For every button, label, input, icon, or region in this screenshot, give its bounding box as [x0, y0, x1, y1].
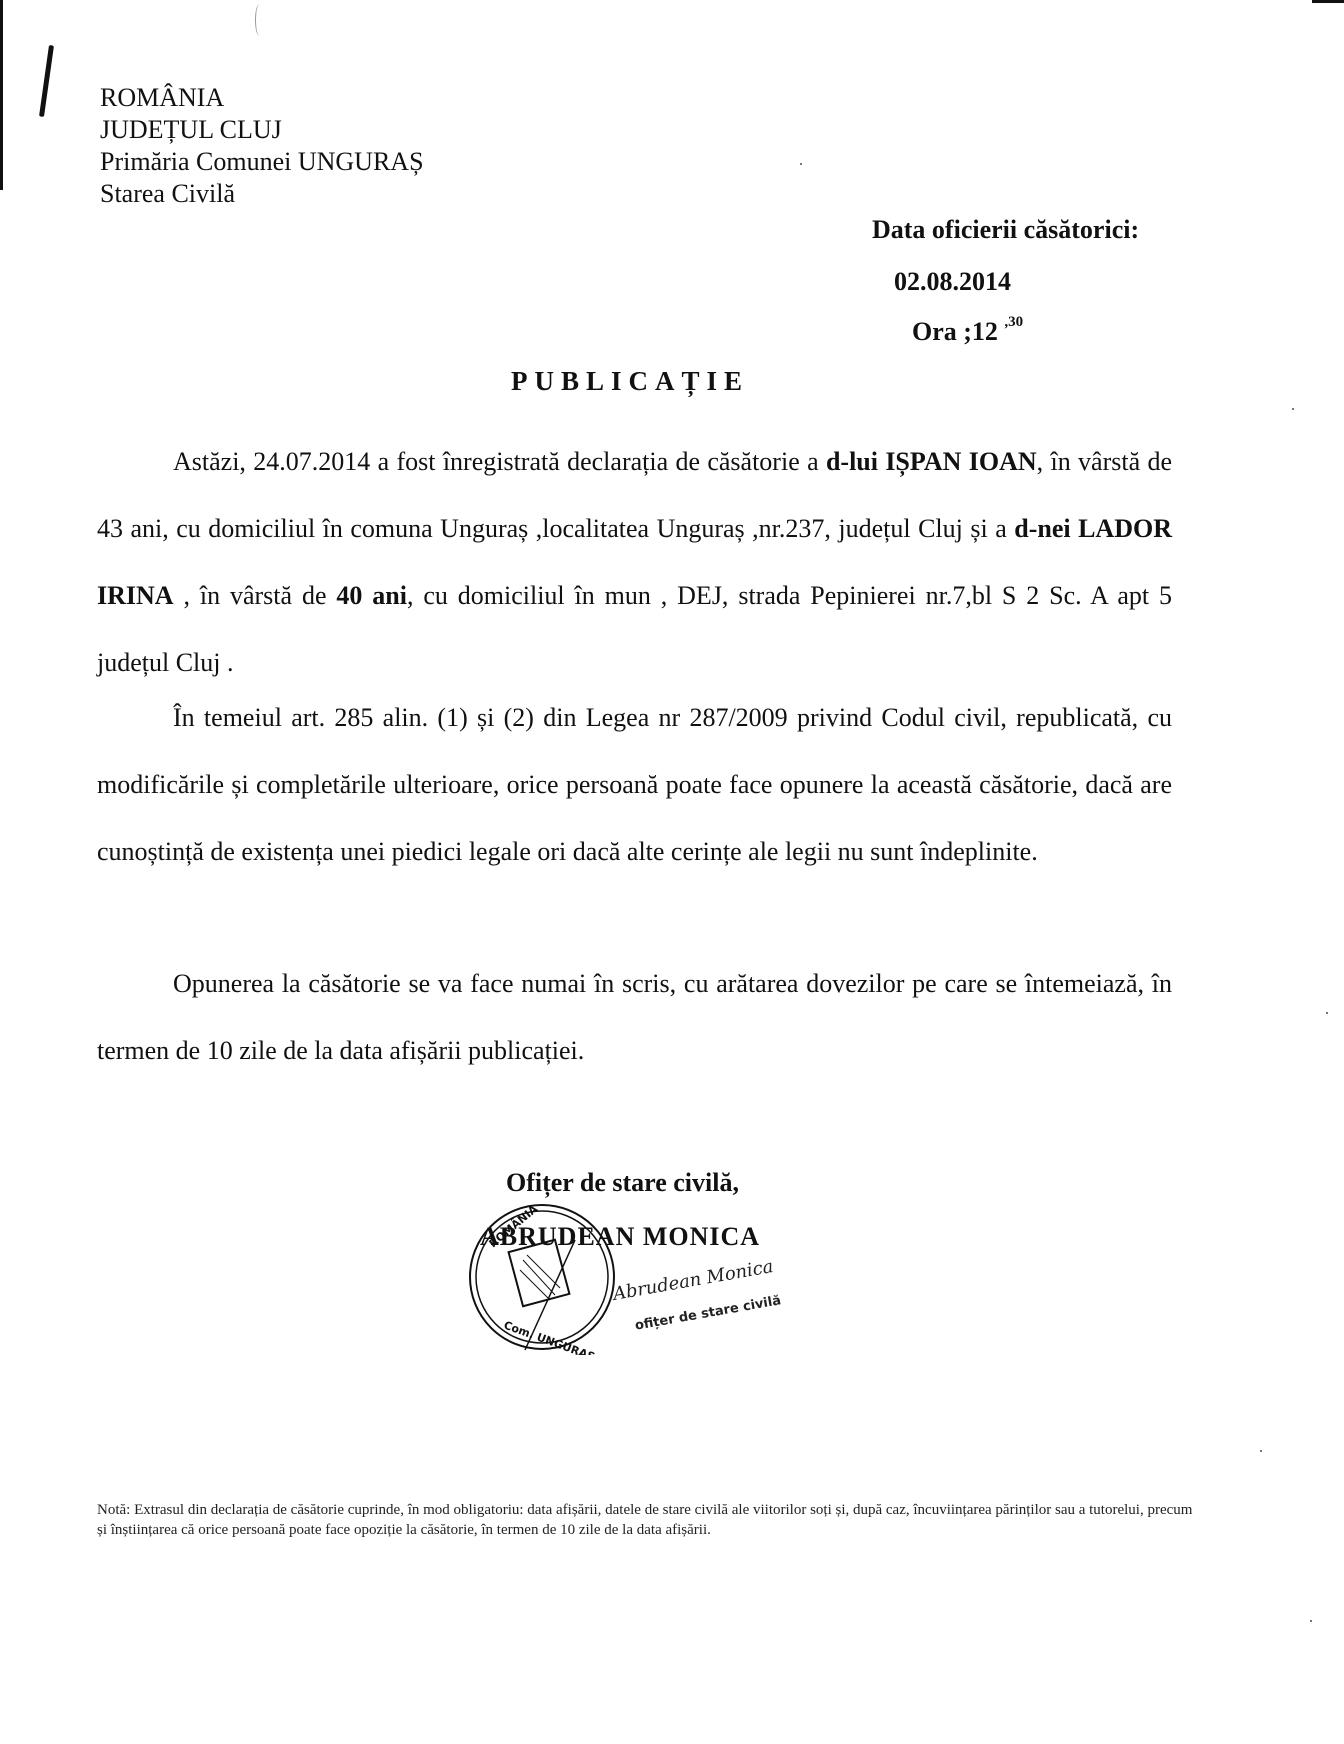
- scan-speck: [800, 163, 802, 165]
- objection-paragraph: Opunerea la căsătorie se va face numai î…: [97, 950, 1172, 1084]
- header-department: Starea Civilă: [100, 178, 424, 210]
- scan-edge-top-right: [1312, 0, 1344, 3]
- wedding-time: Ora ;12 ,30: [912, 317, 1023, 347]
- scan-speck: [1326, 1012, 1328, 1014]
- objection-text: Opunerea la căsătorie se va face numai î…: [97, 950, 1172, 1084]
- official-stamp-icon: ROMÂNIA Com. UNGURAȘ: [465, 1200, 620, 1355]
- header-county: JUDEȚUL CLUJ: [100, 114, 424, 146]
- legal-basis-paragraph: În temeiul art. 285 alin. (1) și (2) din…: [97, 684, 1172, 885]
- scan-edge-left: [0, 0, 3, 190]
- wedding-date-block: Data oficierii căsătorici: 02.08.2014 Or…: [872, 215, 1139, 245]
- wedding-time-minutes: ,30: [1004, 314, 1023, 330]
- wedding-date-label: Data oficierii căsătorici:: [872, 215, 1139, 245]
- issuer-header: ROMÂNIA JUDEȚUL CLUJ Primăria Comunei UN…: [100, 82, 424, 210]
- legal-basis-text: În temeiul art. 285 alin. (1) și (2) din…: [97, 684, 1172, 885]
- officer-role: Ofițer de stare civilă,: [506, 1168, 739, 1198]
- wedding-time-hour: Ora ;12: [912, 317, 1004, 346]
- wedding-date: 02.08.2014: [894, 267, 1011, 297]
- document-title: PUBLICAȚIE: [0, 366, 1260, 397]
- groom-name: d-lui IȘPAN IOAN: [826, 447, 1037, 476]
- scan-speck: [1310, 1620, 1312, 1622]
- pen-mark: [39, 45, 54, 117]
- svg-text:ROMÂNIA: ROMÂNIA: [487, 1202, 541, 1250]
- declaration-text: Astăzi, 24.07.2014 a fost înregistrată d…: [173, 447, 826, 476]
- header-town-hall: Primăria Comunei UNGURAȘ: [100, 146, 424, 178]
- stamp-officer-title: ofițer de stare civilă: [634, 1293, 782, 1333]
- scan-speck: [1292, 408, 1294, 410]
- header-country: ROMÂNIA: [100, 82, 424, 114]
- declaration-text: , în vârstă de: [174, 581, 337, 610]
- bride-age: 40 ani: [336, 581, 407, 610]
- footnote: Notă: Extrasul din declarația de căsător…: [97, 1500, 1197, 1540]
- declaration-paragraph: Astăzi, 24.07.2014 a fost înregistrată d…: [97, 428, 1172, 696]
- scan-speck: [1260, 1450, 1262, 1452]
- scan-mark: [255, 4, 264, 36]
